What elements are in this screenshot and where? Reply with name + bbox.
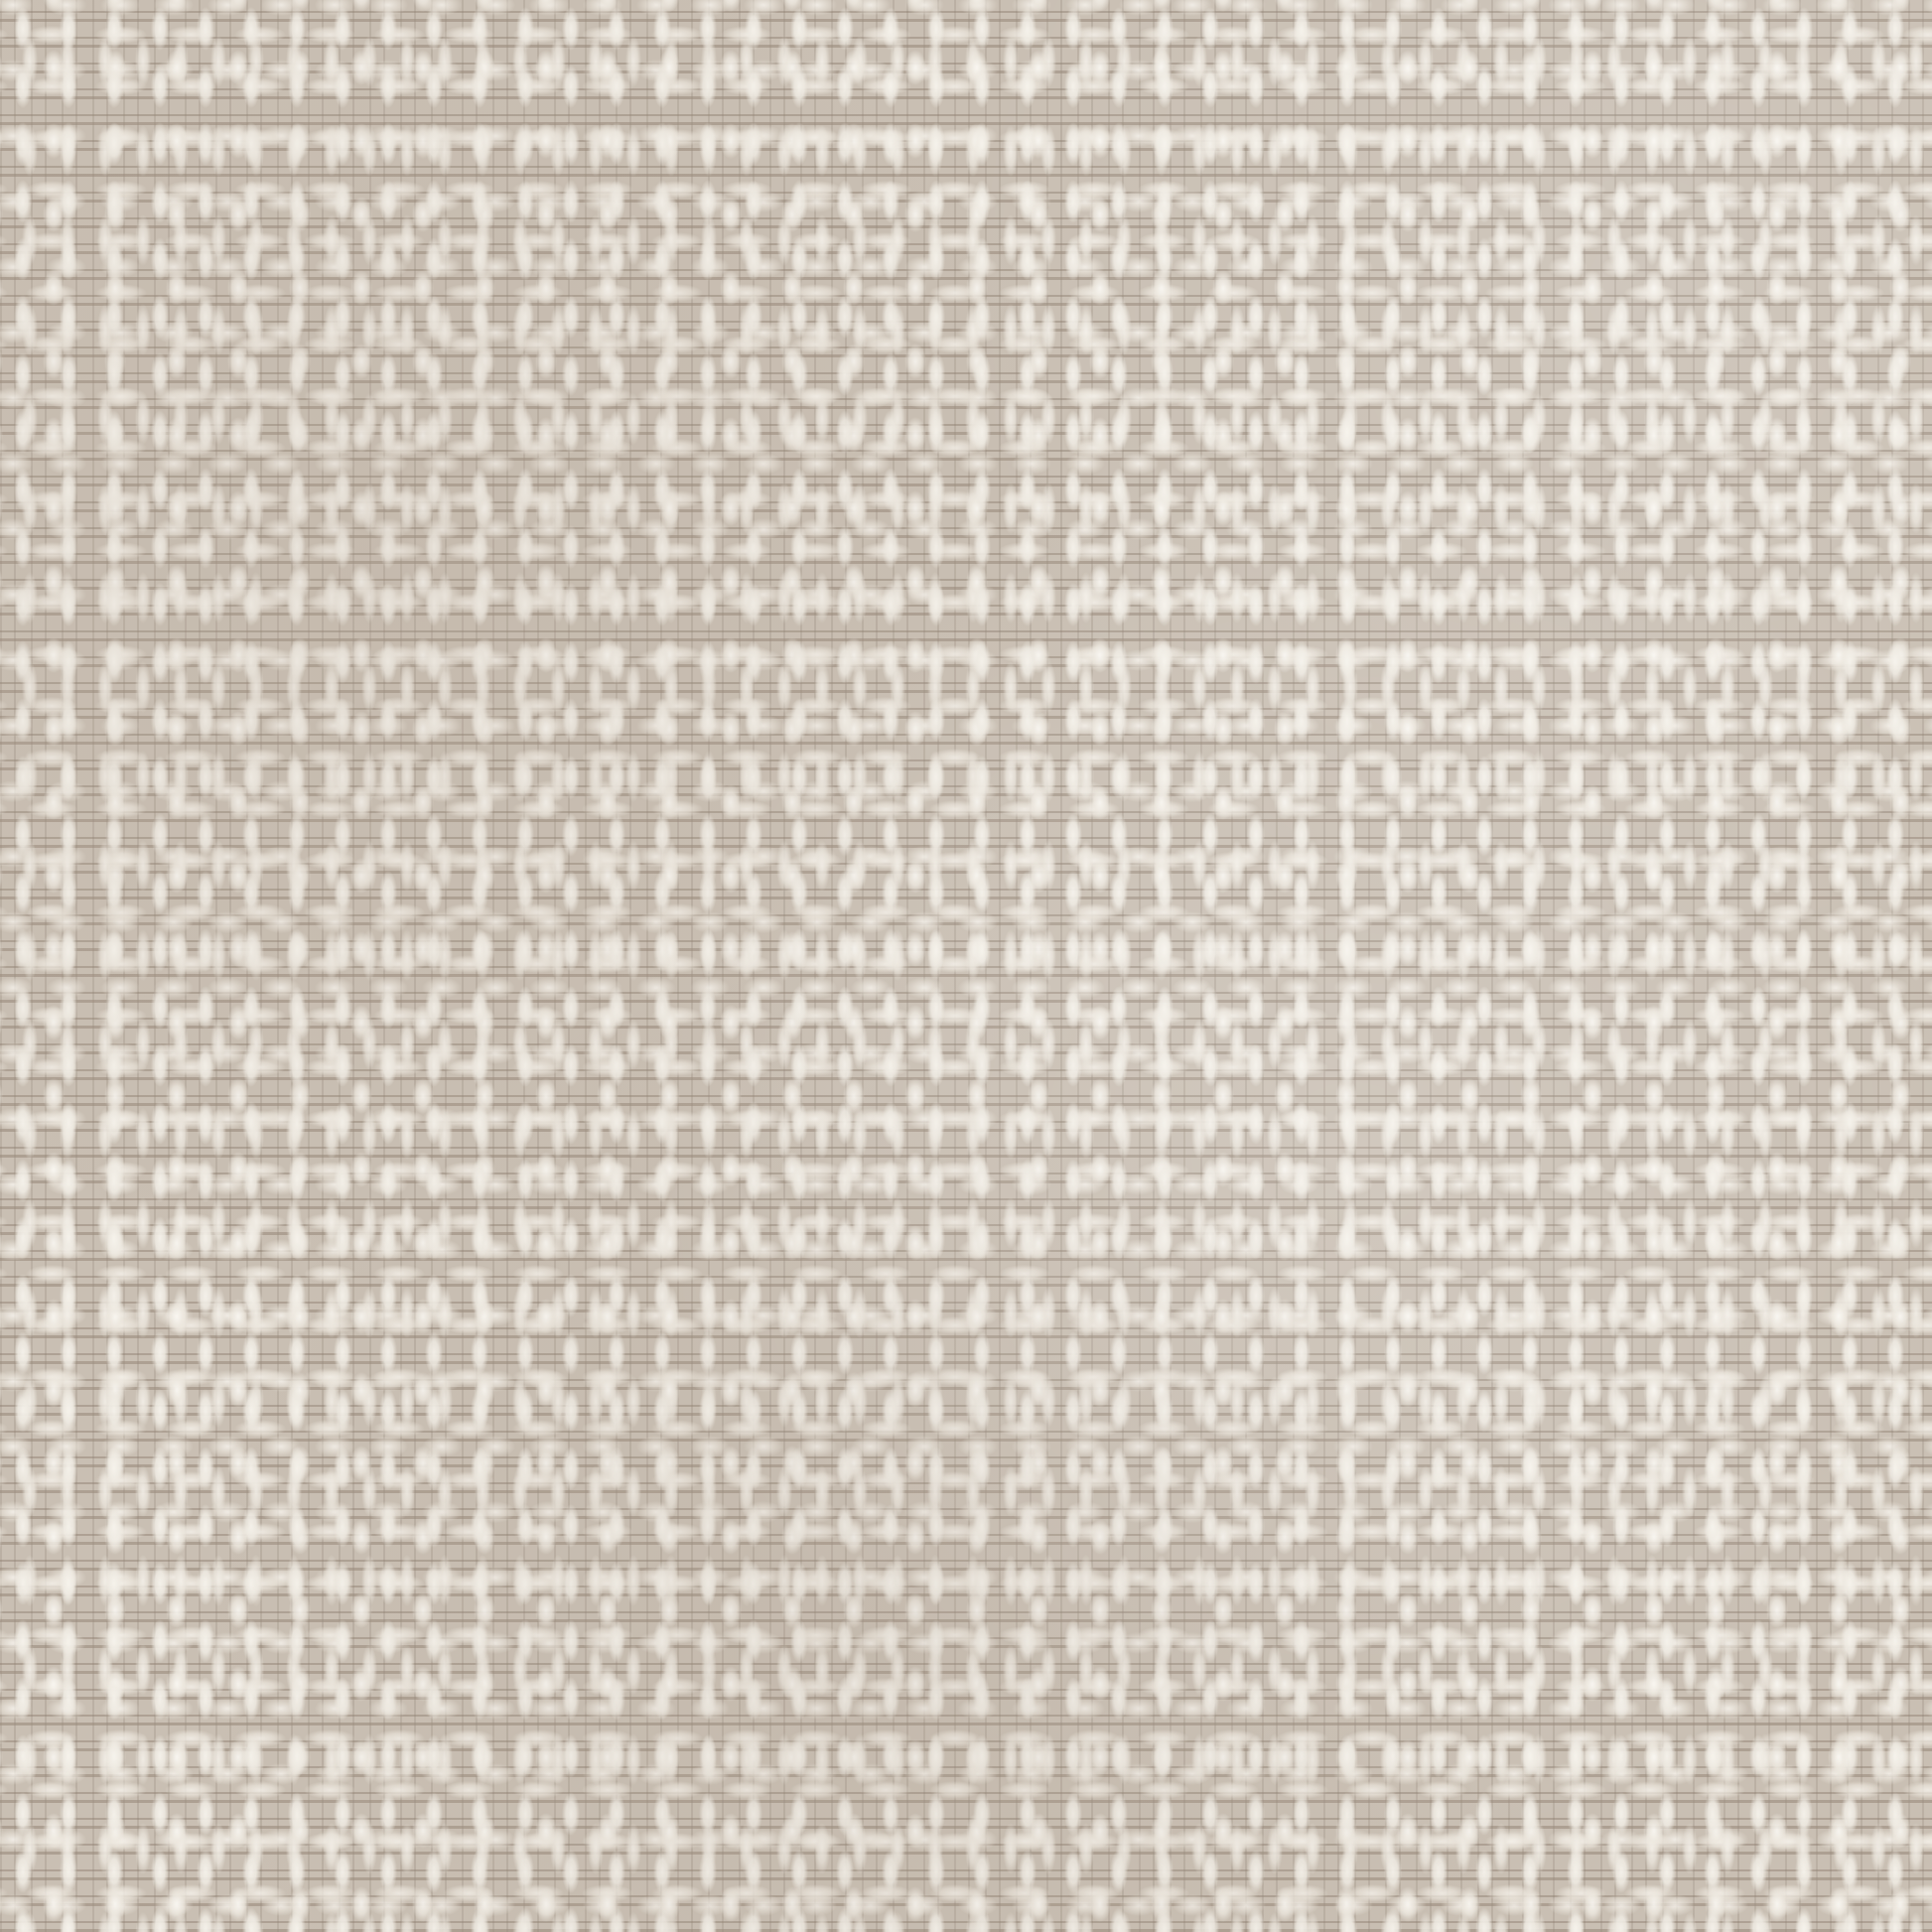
fabric-shading bbox=[0, 0, 1932, 1932]
fabric-texture-photo bbox=[0, 0, 1932, 1932]
